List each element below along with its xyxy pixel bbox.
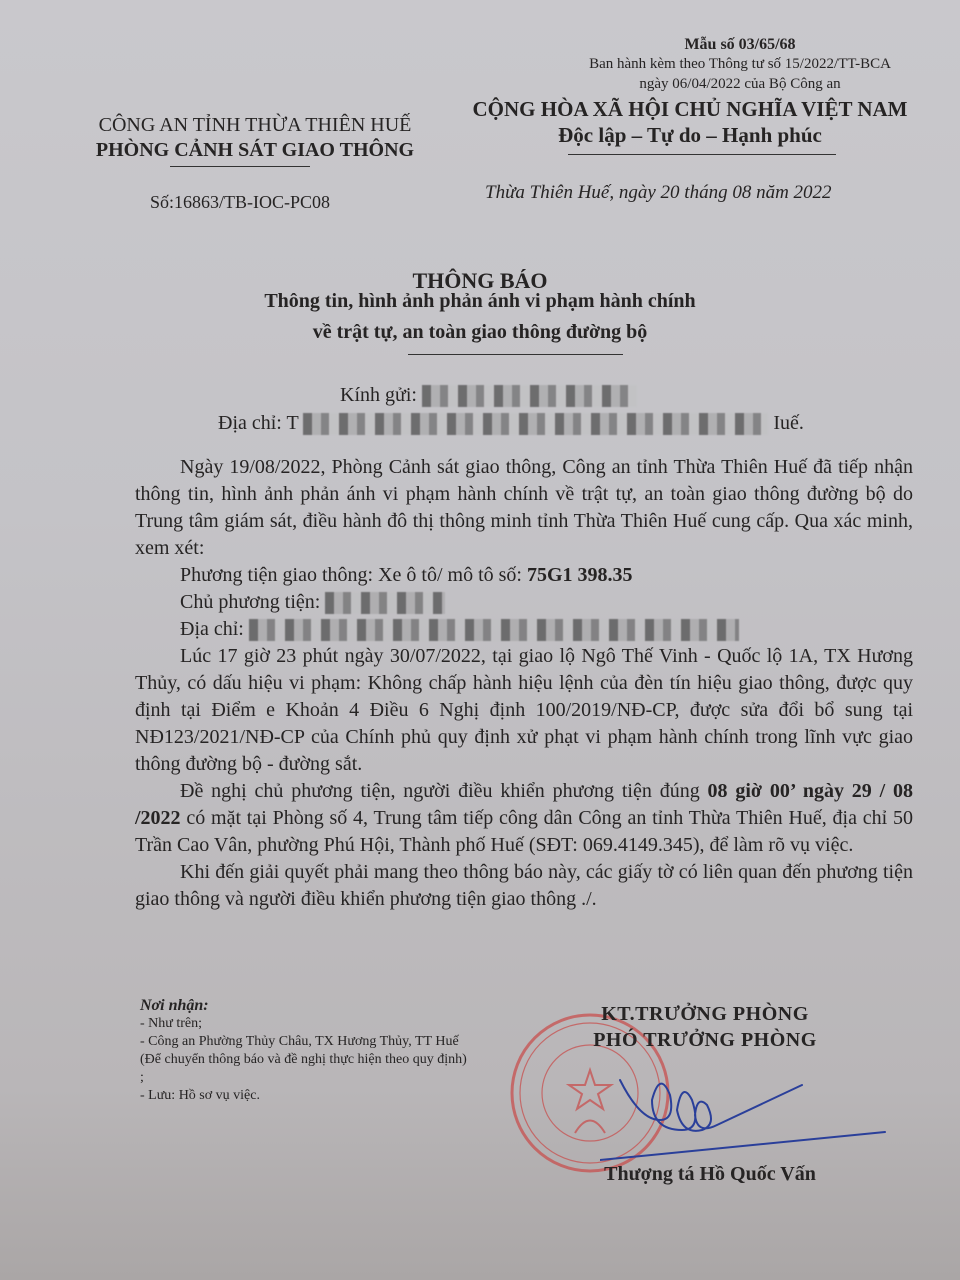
document-subtitle-line2: về trật tự, an toàn giao thông đường bộ	[0, 321, 960, 344]
recipient-item: - Lưu: Hồ sơ vụ việc.	[140, 1087, 470, 1105]
national-title: CỘNG HÒA XÃ HỘI CHỦ NGHĨA VIỆT NAM	[450, 97, 930, 122]
vehicle-line: Phương tiện giao thông: Xe ô tô/ mô tô s…	[135, 562, 913, 589]
agency-underline	[170, 166, 310, 167]
violation-paragraph: Lúc 17 giờ 23 phút ngày 30/07/2022, tại …	[135, 643, 913, 778]
agency-name: PHÒNG CẢNH SÁT GIAO THÔNG	[60, 139, 450, 162]
signature-title-line1: KT.TRƯỞNG PHÒNG	[510, 1003, 900, 1026]
motto-underline	[568, 154, 836, 155]
document-number: Số:16863/TB-IOC-PC08	[150, 192, 330, 213]
addressee-line: Kính gửi:	[340, 384, 637, 407]
place-date: Thừa Thiên Huế, ngày 20 tháng 08 năm 202…	[485, 182, 832, 204]
address-label: Địa chỉ: T	[218, 412, 298, 434]
signer-name: Thượng tá Hồ Quốc Vấn	[560, 1163, 860, 1186]
document-subtitle-line1: Thông tin, hình ảnh phản ánh vi phạm hàn…	[0, 290, 960, 313]
owner-redacted	[325, 592, 445, 614]
recipient-item: - Công an Phường Thủy Châu, TX Hương Thủ…	[140, 1033, 470, 1087]
address-suffix: Iuế.	[773, 412, 804, 434]
owner-line: Chủ phương tiện:	[135, 589, 913, 616]
addressee-label: Kính gửi:	[340, 384, 417, 406]
addressee-address-line: Địa chỉ: T Iuế.	[218, 412, 804, 435]
intro-paragraph: Ngày 19/08/2022, Phòng Cảnh sát giao thô…	[135, 454, 913, 562]
request-paragraph: Đề nghị chủ phương tiện, người điều khiể…	[135, 778, 913, 859]
address-redacted	[303, 413, 768, 435]
addressee-redacted	[422, 385, 637, 407]
notice-document: Mẫu số 03/65/68 Ban hành kèm theo Thông …	[0, 0, 960, 1280]
form-issued-line1: Ban hành kèm theo Thông tư số 15/2022/TT…	[555, 56, 925, 73]
vehicle-plate: 75G1 398.35	[527, 564, 633, 586]
form-issued-line2: ngày 06/04/2022 của Bộ Công an	[555, 76, 925, 93]
owner-address-redacted	[249, 619, 739, 641]
form-number: Mẫu số 03/65/68	[640, 36, 840, 54]
handwritten-signature	[600, 1060, 900, 1170]
recipients-block: Nơi nhận: - Như trên; - Công an Phường T…	[140, 997, 470, 1105]
closing-paragraph: Khi đến giải quyết phải mang theo thông …	[135, 859, 913, 913]
recipient-item: - Như trên;	[140, 1015, 470, 1033]
notice-body: Ngày 19/08/2022, Phòng Cảnh sát giao thô…	[135, 454, 913, 913]
subtitle-underline	[408, 354, 623, 355]
owner-address-line: Địa chỉ:	[135, 616, 913, 643]
agency-parent: CÔNG AN TỈNH THỪA THIÊN HUẾ	[60, 114, 450, 137]
national-motto: Độc lập – Tự do – Hạnh phúc	[450, 123, 930, 148]
recipients-heading: Nơi nhận:	[140, 997, 470, 1015]
signature-title-line2: PHÓ TRƯỞNG PHÒNG	[510, 1029, 900, 1052]
